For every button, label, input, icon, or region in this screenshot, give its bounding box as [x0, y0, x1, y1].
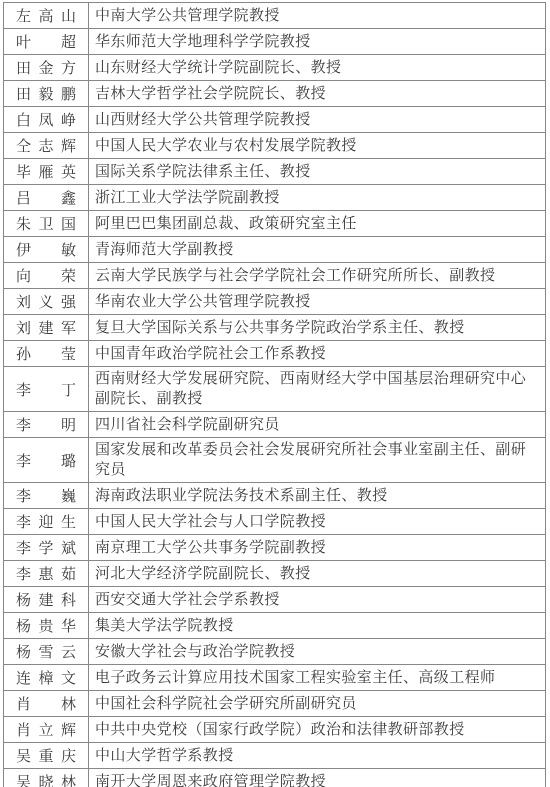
expert-title-cell: 国家发展和改革委员会社会发展研究所社会事业室副主任、副研究员	[89, 438, 546, 483]
table-row: 孙莹中国青年政治学院社会工作系教授	[4, 341, 546, 367]
table-row: 连樟文电子政务云计算应用技术国家工程实验室主任、高级工程师	[4, 665, 546, 691]
table-row: 伊敏青海师范大学副教授	[4, 237, 546, 263]
table-row: 李明四川省社会科学院副研究员	[4, 412, 546, 438]
expert-title-cell: 华南农业大学公共管理学院教授	[89, 289, 546, 315]
expert-title-cell: 南开大学周恩来政府管理学院教授	[89, 769, 546, 787]
table-row: 李迎生中国人民大学社会与人口学院教授	[4, 509, 546, 535]
table-row: 吴重庆中山大学哲学系教授	[4, 743, 546, 769]
expert-title-cell: 海南政法职业学院法务技术系副主任、教授	[89, 483, 546, 509]
expert-title-cell: 西安交通大学社会学系教授	[89, 587, 546, 613]
experts-table-body: 左高山中南大学公共管理学院教授叶超华东师范大学地理科学学院教授田金方山东财经大学…	[4, 3, 546, 787]
expert-title-cell: 中山大学哲学系教授	[89, 743, 546, 769]
table-row: 毕雁英国际关系学院法律系主任、教授	[4, 159, 546, 185]
expert-name-cell: 肖林	[4, 691, 89, 717]
expert-name-cell: 吴晓林	[4, 769, 89, 787]
table-row: 李巍海南政法职业学院法务技术系副主任、教授	[4, 483, 546, 509]
expert-title-cell: 电子政务云计算应用技术国家工程实验室主任、高级工程师	[89, 665, 546, 691]
expert-title-cell: 华东师范大学地理科学学院教授	[89, 29, 546, 55]
expert-name-cell: 田金方	[4, 55, 89, 81]
expert-title-cell: 国际关系学院法律系主任、教授	[89, 159, 546, 185]
table-row: 田毅鹏吉林大学哲学社会学院院长、教授	[4, 81, 546, 107]
expert-title-cell: 中南大学公共管理学院教授	[89, 3, 546, 29]
expert-title-cell: 中国青年政治学院社会工作系教授	[89, 341, 546, 367]
table-row: 白凤峥山西财经大学公共管理学院教授	[4, 107, 546, 133]
expert-name-cell: 孙莹	[4, 341, 89, 367]
table-row: 左高山中南大学公共管理学院教授	[4, 3, 546, 29]
table-row: 李璐国家发展和改革委员会社会发展研究所社会事业室副主任、副研究员	[4, 438, 546, 483]
expert-name-cell: 李惠茹	[4, 561, 89, 587]
experts-table: 左高山中南大学公共管理学院教授叶超华东师范大学地理科学学院教授田金方山东财经大学…	[3, 2, 546, 787]
expert-title-cell: 中国社会科学院社会学研究所副研究员	[89, 691, 546, 717]
expert-name-cell: 杨建科	[4, 587, 89, 613]
table-row: 李惠茹河北大学经济学院副院长、教授	[4, 561, 546, 587]
expert-title-cell: 南京理工大学公共事务学院副教授	[89, 535, 546, 561]
expert-name-cell: 仝志辉	[4, 133, 89, 159]
table-row: 朱卫国阿里巴巴集团副总裁、政策研究室主任	[4, 211, 546, 237]
expert-name-cell: 李明	[4, 412, 89, 438]
expert-name-cell: 杨雪云	[4, 639, 89, 665]
table-row: 刘建军复旦大学国际关系与公共事务学院政治学系主任、教授	[4, 315, 546, 341]
document-page: 左高山中南大学公共管理学院教授叶超华东师范大学地理科学学院教授田金方山东财经大学…	[0, 0, 550, 787]
expert-name-cell: 毕雁英	[4, 159, 89, 185]
table-row: 刘义强华南农业大学公共管理学院教授	[4, 289, 546, 315]
table-row: 杨贵华集美大学法学院教授	[4, 613, 546, 639]
expert-title-cell: 山东财经大学统计学院副院长、教授	[89, 55, 546, 81]
table-row: 杨雪云安徽大学社会与政治学院教授	[4, 639, 546, 665]
expert-name-cell: 朱卫国	[4, 211, 89, 237]
table-row: 肖立辉中共中央党校（国家行政学院）政治和法律教研部教授	[4, 717, 546, 743]
expert-title-cell: 安徽大学社会与政治学院教授	[89, 639, 546, 665]
expert-name-cell: 向荣	[4, 263, 89, 289]
expert-title-cell: 中共中央党校（国家行政学院）政治和法律教研部教授	[89, 717, 546, 743]
expert-name-cell: 李丁	[4, 367, 89, 412]
expert-name-cell: 刘建军	[4, 315, 89, 341]
expert-title-cell: 吉林大学哲学社会学院院长、教授	[89, 81, 546, 107]
expert-name-cell: 杨贵华	[4, 613, 89, 639]
expert-name-cell: 刘义强	[4, 289, 89, 315]
expert-name-cell: 吴重庆	[4, 743, 89, 769]
table-row: 李学斌南京理工大学公共事务学院副教授	[4, 535, 546, 561]
table-row: 向荣云南大学民族学与社会学学院社会工作研究所所长、副教授	[4, 263, 546, 289]
expert-title-cell: 中国人民大学社会与人口学院教授	[89, 509, 546, 535]
expert-name-cell: 左高山	[4, 3, 89, 29]
expert-title-cell: 山西财经大学公共管理学院教授	[89, 107, 546, 133]
expert-title-cell: 青海师范大学副教授	[89, 237, 546, 263]
expert-title-cell: 集美大学法学院教授	[89, 613, 546, 639]
table-row: 田金方山东财经大学统计学院副院长、教授	[4, 55, 546, 81]
table-row: 李丁西南财经大学发展研究院、西南财经大学中国基层治理研究中心副院长、副教授	[4, 367, 546, 412]
table-row: 仝志辉中国人民大学农业与农村发展学院教授	[4, 133, 546, 159]
expert-title-cell: 中国人民大学农业与农村发展学院教授	[89, 133, 546, 159]
table-row: 吴晓林南开大学周恩来政府管理学院教授	[4, 769, 546, 787]
expert-title-cell: 西南财经大学发展研究院、西南财经大学中国基层治理研究中心副院长、副教授	[89, 367, 546, 412]
expert-name-cell: 吕鑫	[4, 185, 89, 211]
expert-name-cell: 叶超	[4, 29, 89, 55]
expert-title-cell: 云南大学民族学与社会学学院社会工作研究所所长、副教授	[89, 263, 546, 289]
expert-title-cell: 四川省社会科学院副研究员	[89, 412, 546, 438]
expert-name-cell: 白凤峥	[4, 107, 89, 133]
expert-name-cell: 肖立辉	[4, 717, 89, 743]
expert-name-cell: 李璐	[4, 438, 89, 483]
table-row: 吕鑫浙江工业大学法学院副教授	[4, 185, 546, 211]
table-row: 叶超华东师范大学地理科学学院教授	[4, 29, 546, 55]
expert-title-cell: 阿里巴巴集团副总裁、政策研究室主任	[89, 211, 546, 237]
expert-name-cell: 李迎生	[4, 509, 89, 535]
expert-name-cell: 田毅鹏	[4, 81, 89, 107]
expert-name-cell: 李巍	[4, 483, 89, 509]
expert-name-cell: 伊敏	[4, 237, 89, 263]
expert-title-cell: 河北大学经济学院副院长、教授	[89, 561, 546, 587]
table-row: 杨建科西安交通大学社会学系教授	[4, 587, 546, 613]
expert-title-cell: 复旦大学国际关系与公共事务学院政治学系主任、教授	[89, 315, 546, 341]
table-row: 肖林中国社会科学院社会学研究所副研究员	[4, 691, 546, 717]
expert-name-cell: 连樟文	[4, 665, 89, 691]
expert-title-cell: 浙江工业大学法学院副教授	[89, 185, 546, 211]
expert-name-cell: 李学斌	[4, 535, 89, 561]
